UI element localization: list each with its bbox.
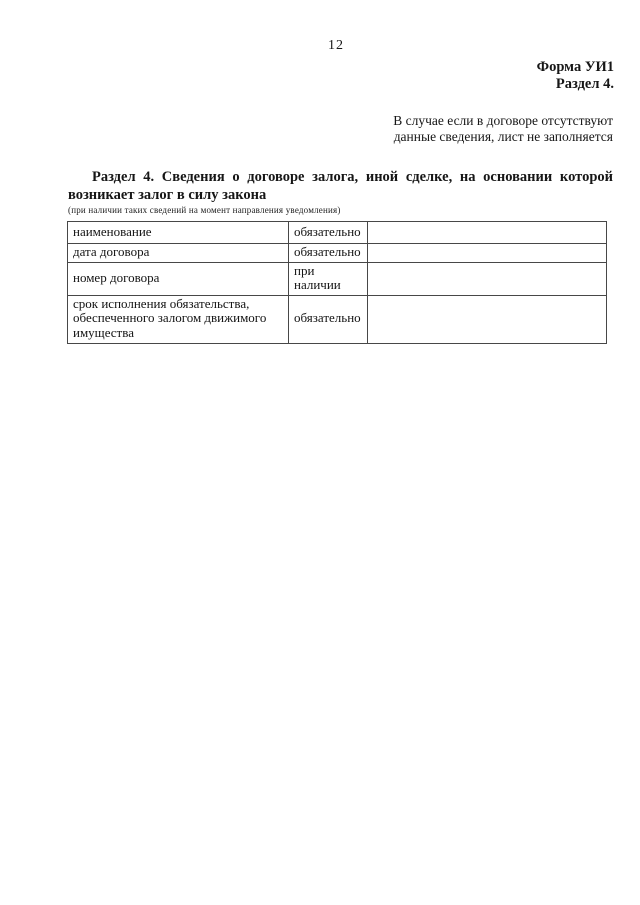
heading-note: (при наличии таких сведений на момент на… xyxy=(68,205,341,215)
section-heading: Раздел 4. Сведения о договоре залога, ин… xyxy=(68,168,613,204)
requirement-cell: обязательно xyxy=(289,295,368,343)
value-cell xyxy=(368,222,607,244)
table-row: номер договора при наличии xyxy=(68,262,607,295)
row-label-cell: наименование xyxy=(68,222,289,244)
table-row: наименование обязательно xyxy=(68,222,607,244)
form-code-block: Форма УИ1 Раздел 4. xyxy=(537,59,614,93)
value-cell xyxy=(368,295,607,343)
table-row: дата договора обязательно xyxy=(68,244,607,263)
table-row: срок исполнения обязательства, обеспечен… xyxy=(68,295,607,343)
conditional-note: В случае если в договоре отсутствуют дан… xyxy=(393,113,613,144)
requirement-cell: обязательно xyxy=(289,244,368,263)
requirement-cell: обязательно xyxy=(289,222,368,244)
row-label-cell: срок исполнения обязательства, обеспечен… xyxy=(68,295,289,343)
value-cell xyxy=(368,244,607,263)
form-code: Форма УИ1 xyxy=(537,59,614,76)
details-table: наименование обязательно дата договора о… xyxy=(67,221,607,344)
conditional-note-line-1: В случае если в договоре отсутствуют xyxy=(393,113,613,129)
row-label-cell: номер договора xyxy=(68,262,289,295)
document-page: 12 Форма УИ1 Раздел 4. В случае если в д… xyxy=(0,0,640,905)
page-number: 12 xyxy=(0,38,640,54)
requirement-cell: при наличии xyxy=(289,262,368,295)
conditional-note-line-2: данные сведения, лист не заполняется xyxy=(393,129,613,145)
row-label-cell: дата договора xyxy=(68,244,289,263)
value-cell xyxy=(368,262,607,295)
section-code: Раздел 4. xyxy=(537,76,614,93)
